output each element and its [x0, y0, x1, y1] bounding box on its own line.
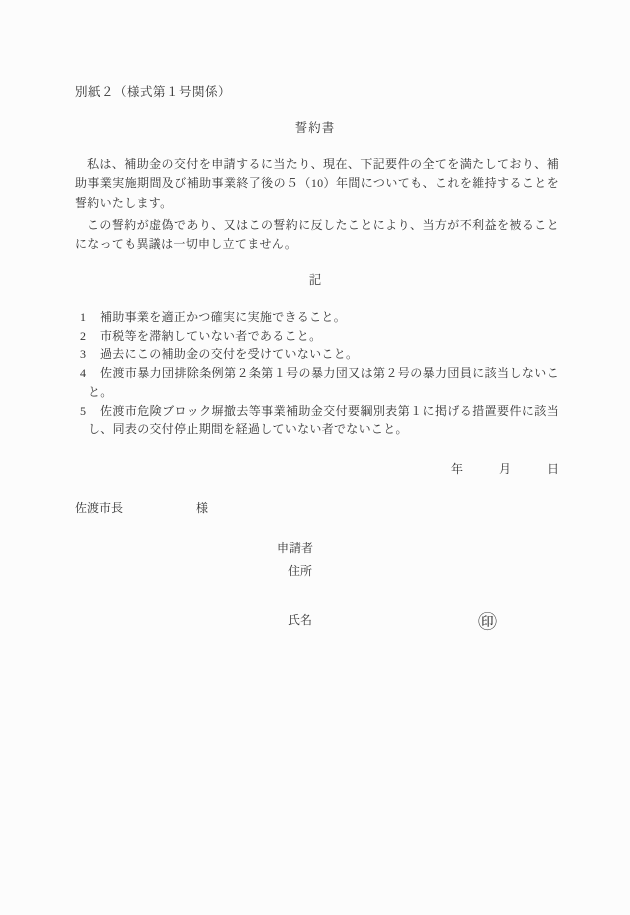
item-number: 4 — [80, 364, 86, 383]
applicant-label: 申請者 — [277, 539, 557, 556]
pledge-paragraph: 私は、補助金の交付を申請するに当たり、現在、下記要件の全てを満たしており、補助事… — [75, 155, 559, 213]
item-text: 市税等を滞納していない者であること。 — [100, 329, 321, 343]
item-text: 佐渡市暴力団排除条例第２条第１号の暴力団又は第２号の暴力団員に該当しないこと。 — [88, 366, 559, 399]
document-page: 別紙２（様式第１号関係） 誓約書 私は、補助金の交付を申請するに当たり、現在、下… — [0, 0, 630, 915]
seal-mark-icon: ㊞ — [478, 607, 497, 634]
ki-heading: 記 — [0, 270, 630, 288]
item-text: 補助事業を適正かつ確実に実施できること。 — [100, 310, 346, 324]
list-item: 4 佐渡市暴力団排除条例第２条第１号の暴力団又は第２号の暴力団員に該当しないこと… — [75, 364, 559, 401]
list-item: 1 補助事業を適正かつ確実に実施できること。 — [75, 308, 559, 327]
item-number: 5 — [80, 402, 86, 421]
address-label: 住所 — [288, 562, 557, 579]
list-item: 3 過去にこの補助金の交付を受けていないこと。 — [75, 345, 559, 364]
date-day-label: 日 — [547, 462, 559, 476]
item-number: 2 — [80, 327, 86, 346]
honorific-label: 様 — [196, 501, 208, 515]
addressee-line: 佐渡市長 様 — [75, 499, 208, 516]
attachment-note: 別紙２（様式第１号関係） — [75, 82, 231, 100]
date-year-label: 年 — [451, 462, 463, 476]
addressee-name: 佐渡市長 — [75, 501, 123, 515]
item-text: 過去にこの補助金の交付を受けていないこと。 — [100, 347, 358, 361]
item-number: 1 — [80, 308, 86, 327]
name-line: 氏名 ㊞ — [288, 611, 557, 628]
date-line: 年 月 日 — [75, 460, 559, 477]
body-text: 私は、補助金の交付を申請するに当たり、現在、下記要件の全てを満たしており、補助事… — [75, 155, 559, 254]
disclaimer-paragraph: この誓約が虚偽であり、又はこの誓約に反したことにより、当方が不利益を被ることにな… — [75, 216, 559, 255]
name-label: 氏名 — [288, 613, 312, 627]
list-item: 5 佐渡市危険ブロック塀撤去等事業補助金交付要綱別表第１に掲げる措置要件に該当し… — [75, 402, 559, 439]
document-title: 誓約書 — [0, 118, 630, 136]
item-text: 佐渡市危険ブロック塀撤去等事業補助金交付要綱別表第１に掲げる措置要件に該当し、同… — [88, 404, 559, 437]
signature-block: 申請者 住所 氏名 ㊞ — [277, 539, 557, 628]
item-number: 3 — [80, 345, 86, 364]
pledge-conditions-list: 1 補助事業を適正かつ確実に実施できること。 2 市税等を滞納していない者である… — [75, 308, 559, 439]
list-item: 2 市税等を滞納していない者であること。 — [75, 327, 559, 346]
date-month-label: 月 — [499, 462, 511, 476]
